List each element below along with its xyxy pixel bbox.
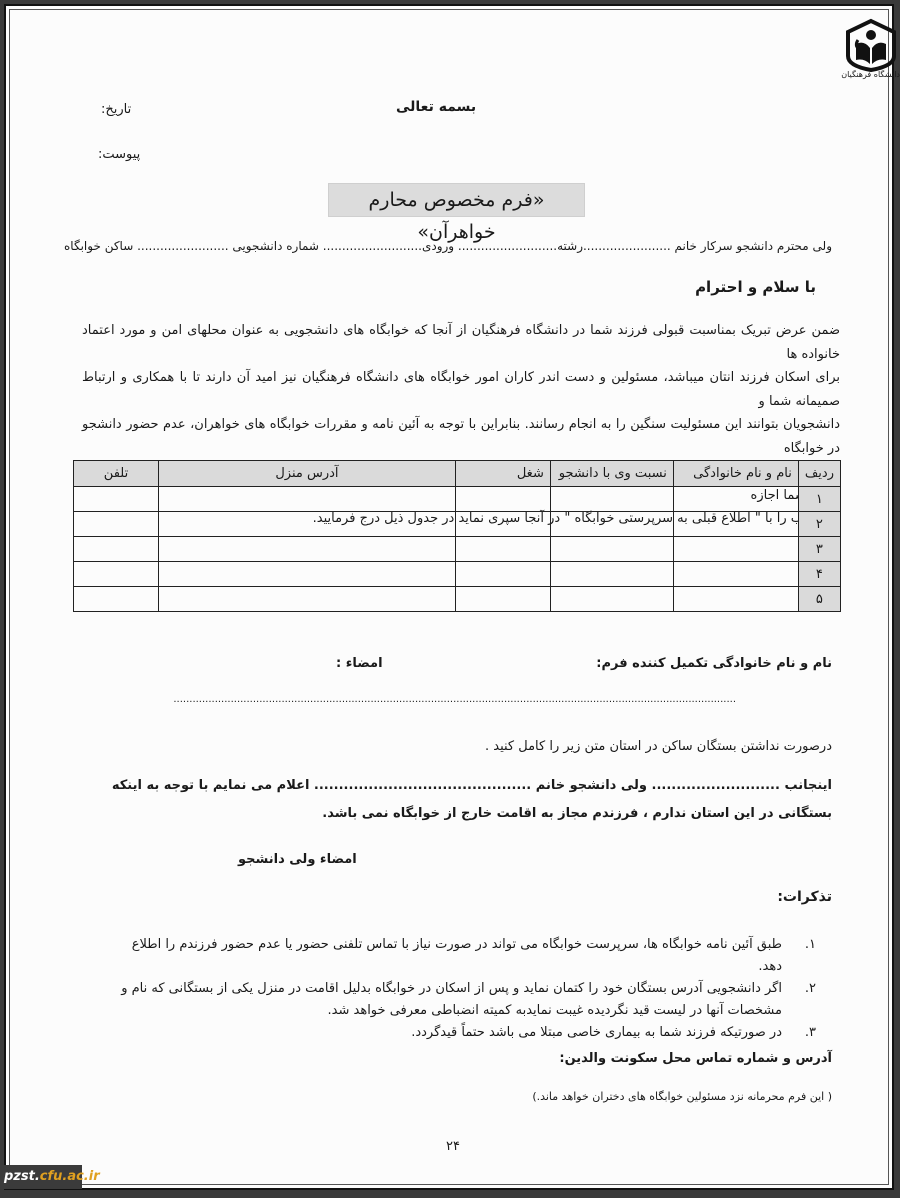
row-index: ۵ <box>798 587 840 612</box>
note-text: در صورتیکه فرزند شما به بیماری خاصی مبتل… <box>411 1022 782 1044</box>
note-number: ۱. <box>782 934 816 978</box>
col-header-address: آدرس منزل <box>159 461 456 487</box>
col-header-row-index: ردیف <box>798 461 840 487</box>
note-text: طبق آئین نامه خوابگاه ها، سرپرست خوابگاه… <box>106 934 782 978</box>
filler-name-label: نام و نام خانوادگی تکمیل کننده فرم: <box>596 656 832 671</box>
phone-cell[interactable] <box>74 537 159 562</box>
phone-cell[interactable] <box>74 512 159 537</box>
date-label: تاریخ: <box>101 102 131 117</box>
address-cell[interactable] <box>159 487 456 512</box>
job-cell[interactable] <box>455 512 550 537</box>
address-cell[interactable] <box>159 587 456 612</box>
note-item: ۲. اگر دانشجویی آدرس بستگان خود را کتمان… <box>106 978 816 1022</box>
filler-dotted-line[interactable]: ........................................… <box>174 694 736 705</box>
note-number: ۲. <box>782 978 816 1022</box>
filler-signature-label: امضاء : <box>336 656 383 671</box>
document-page: دانشگاه فرهنگیان بسمه تعالی تاریخ: پیوست… <box>4 4 894 1190</box>
form-title: «فرم مخصوص محارم خواهرآن» <box>328 183 585 217</box>
row-index: ۴ <box>798 562 840 587</box>
intro-line: ضمن عرض تبریک بمناسبت قبولی فرزند شما در… <box>82 319 840 366</box>
intro-line: دانشجویان بتوانند این مسئولیت سنگین را ب… <box>82 413 840 460</box>
parents-contact-label: آدرس و شماره تماس محل سکونت والدین: <box>559 1051 832 1066</box>
job-cell[interactable] <box>455 487 550 512</box>
phone-cell[interactable] <box>74 587 159 612</box>
logo-caption: دانشگاه فرهنگیان <box>842 70 900 79</box>
row-index: ۳ <box>798 537 840 562</box>
name-cell[interactable] <box>673 537 798 562</box>
table-row: ۳ <box>74 537 841 562</box>
relation-cell[interactable] <box>550 562 673 587</box>
table-header-row: ردیف نام و نام خانوادگی نسبت وی با دانشج… <box>74 461 841 487</box>
address-cell[interactable] <box>159 537 456 562</box>
col-header-full-name: نام و نام خانوادگی <box>673 461 798 487</box>
relation-cell[interactable] <box>550 487 673 512</box>
job-cell[interactable] <box>455 562 550 587</box>
name-cell[interactable] <box>673 562 798 587</box>
phone-cell[interactable] <box>74 487 159 512</box>
note-number: ۳. <box>782 1022 816 1044</box>
address-cell[interactable] <box>159 512 456 537</box>
table-row: ۱ <box>74 487 841 512</box>
relatives-table: ردیف نام و نام خانوادگی نسبت وی با دانشج… <box>73 460 841 612</box>
notes-list: ۱. طبق آئین نامه خوابگاه ها، سرپرست خواب… <box>106 934 816 1044</box>
address-cell[interactable] <box>159 562 456 587</box>
relation-cell[interactable] <box>550 537 673 562</box>
table-row: ۲ <box>74 512 841 537</box>
guardian-info-line: ولی محترم دانشجو سرکار خانم ............… <box>64 239 832 253</box>
job-cell[interactable] <box>455 537 550 562</box>
university-logo: دانشگاه فرهنگیان <box>842 18 900 84</box>
job-cell[interactable] <box>455 587 550 612</box>
page-number: ۲۴ <box>446 1139 460 1154</box>
intro-line: برای اسکان فرزند انتان میباشد، مسئولین و… <box>82 366 840 413</box>
notes-heading: تذکرات: <box>777 889 832 905</box>
row-index: ۲ <box>798 512 840 537</box>
phone-cell[interactable] <box>74 562 159 587</box>
guardian-signature-label: امضاء ولی دانشجو <box>238 852 357 867</box>
col-header-job: شغل <box>455 461 550 487</box>
no-relatives-instruction: درصورت نداشتن بستگان ساکن در استان متن ز… <box>485 739 832 754</box>
table-row: ۴ <box>74 562 841 587</box>
note-item: ۳. در صورتیکه فرزند شما به بیماری خاصی م… <box>106 1022 816 1044</box>
note-text: اگر دانشجویی آدرس بستگان خود را کتمان نم… <box>106 978 782 1022</box>
table-row: ۵ <box>74 587 841 612</box>
note-item: ۱. طبق آئین نامه خوابگاه ها، سرپرست خواب… <box>106 934 816 978</box>
site-watermark: pzst.cfu.ac.ir <box>0 1165 82 1189</box>
row-index: ۱ <box>798 487 840 512</box>
col-header-phone: تلفن <box>74 461 159 487</box>
watermark-domain: cfu.ac.ir <box>40 1169 100 1184</box>
name-cell[interactable] <box>673 512 798 537</box>
confidential-note: ( این فرم محرمانه نزد مسئولین خوابگاه ها… <box>532 1090 832 1103</box>
name-cell[interactable] <box>673 487 798 512</box>
watermark-prefix: pzst. <box>4 1169 40 1184</box>
attachment-label: پیوست: <box>98 147 140 162</box>
name-cell[interactable] <box>673 587 798 612</box>
greeting: با سلام و احترام <box>695 278 816 296</box>
basmala-heading: بسمه تعالی <box>396 99 476 115</box>
declaration-line-2: بستگانی در این استان ندارم ، فرزندم مجاز… <box>322 806 832 821</box>
declaration-line-1: اینجانب .......................... ولی د… <box>112 778 832 793</box>
relation-cell[interactable] <box>550 587 673 612</box>
col-header-relation: نسبت وی با دانشجو <box>550 461 673 487</box>
relation-cell[interactable] <box>550 512 673 537</box>
